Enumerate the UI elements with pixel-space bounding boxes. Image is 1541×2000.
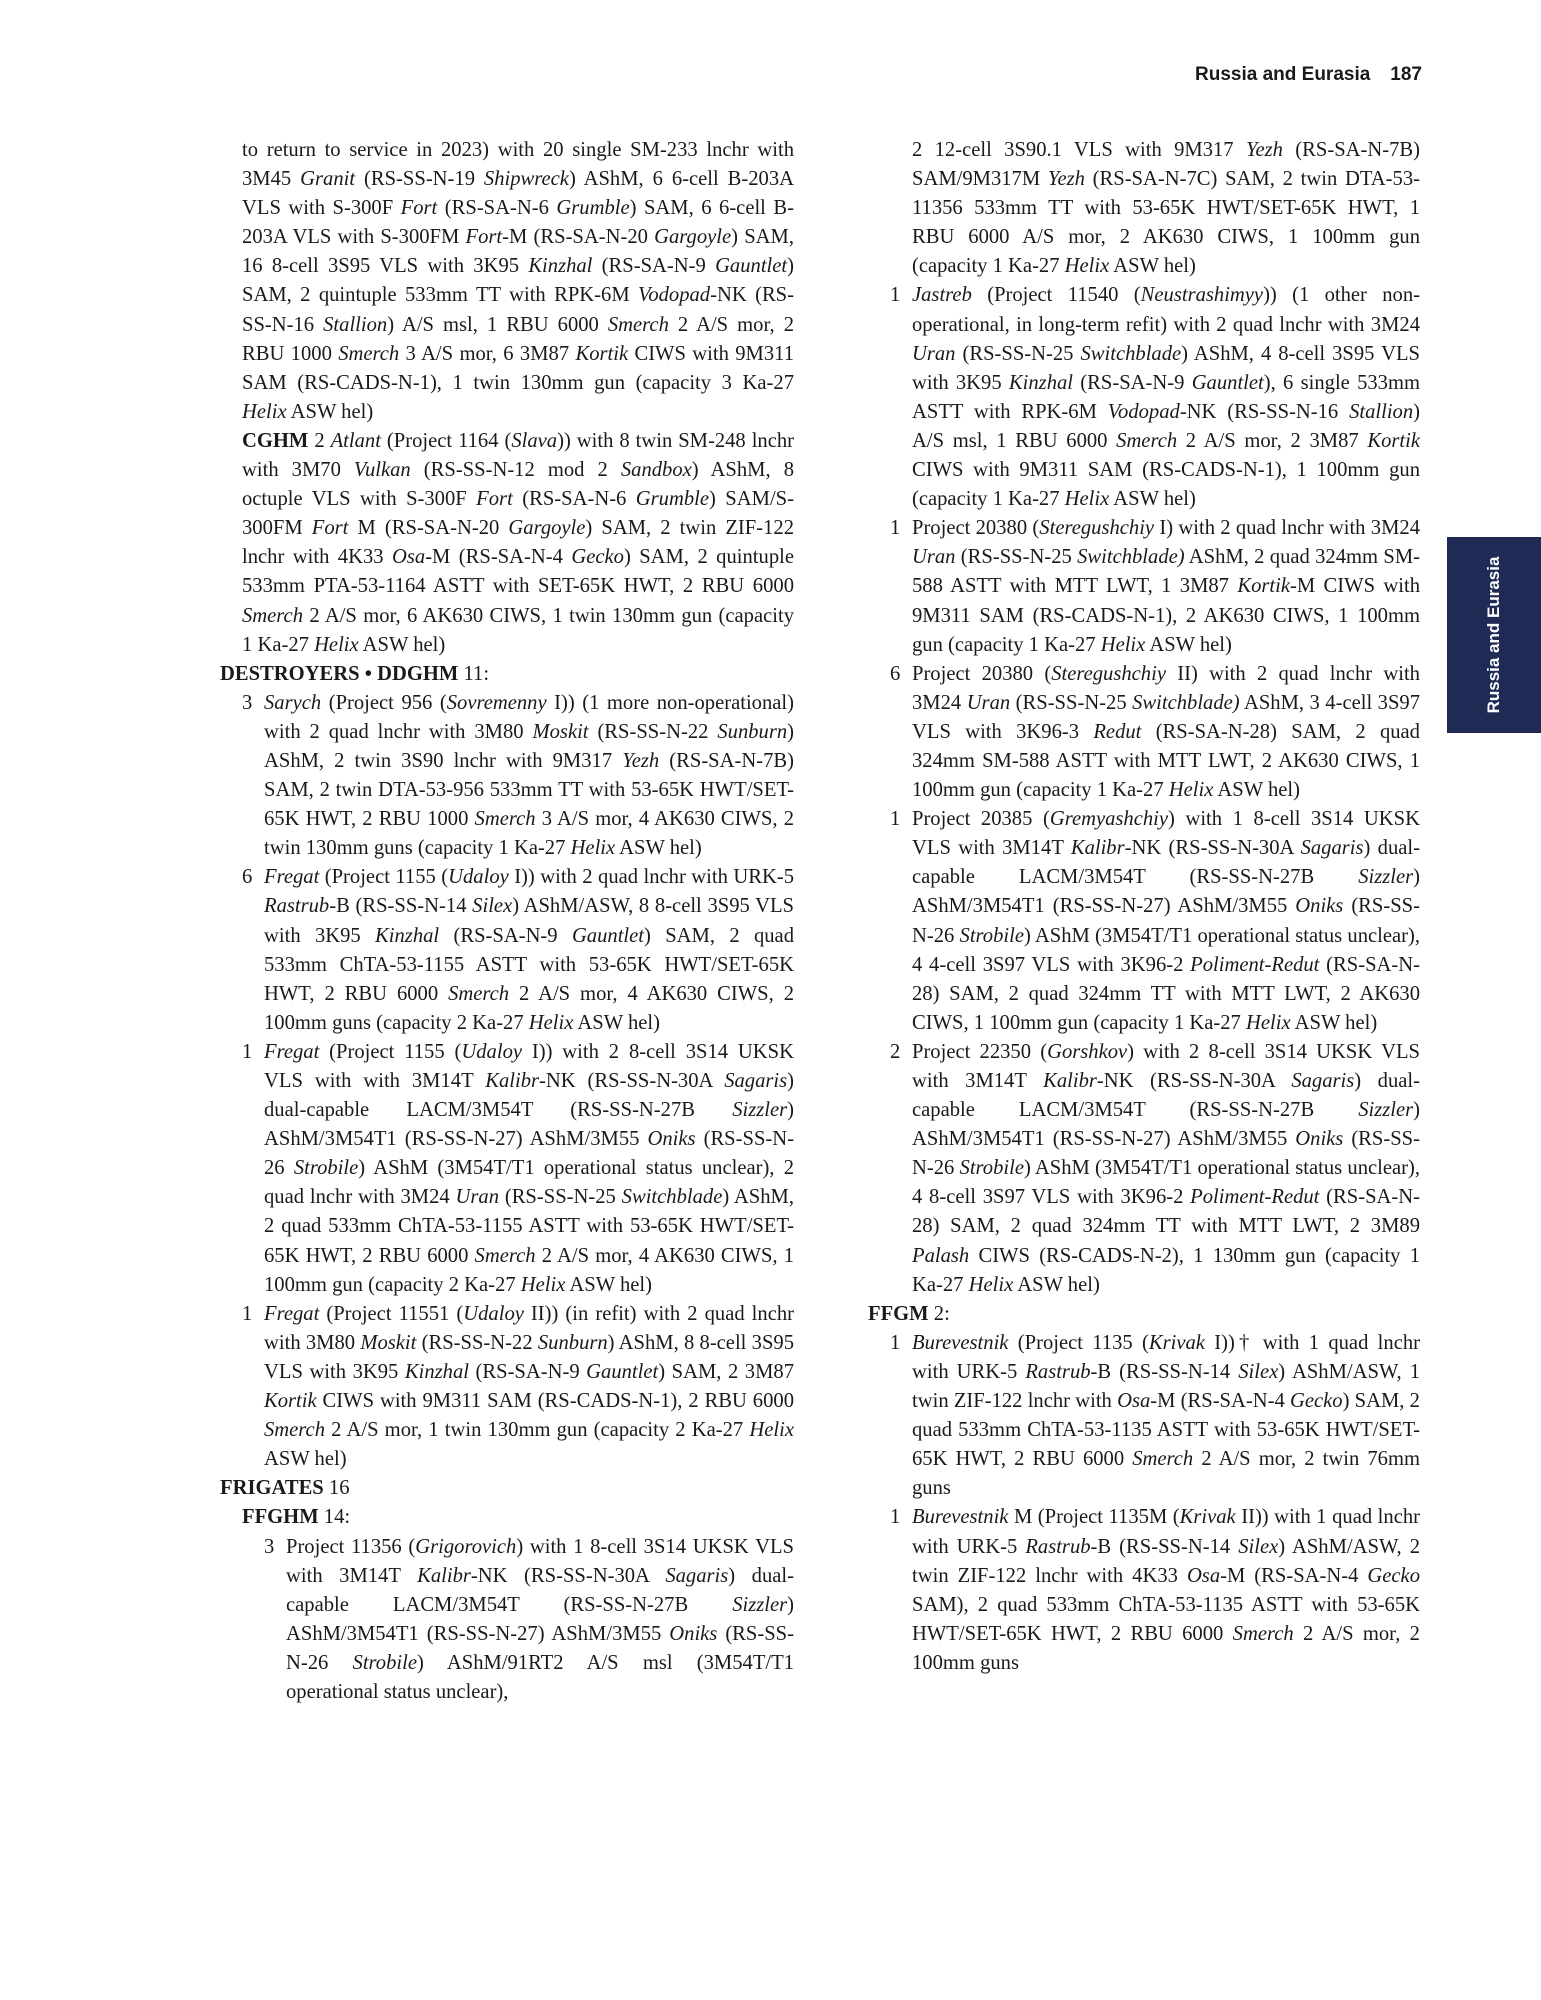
list-item: 3Sarych (Project 956 (Sovremenny I)) (1 … <box>220 689 794 864</box>
cghm-entry: CGHM 2 Atlant (Project 1164 (Slava)) wit… <box>220 427 794 660</box>
list-item: 6Fregat (Project 1155 (Udaloy I)) with 2… <box>220 863 794 1038</box>
page-number: 187 <box>1390 64 1422 86</box>
item-count: 1 <box>890 1503 900 1532</box>
destroyers-heading: DESTROYERS • DDGHM 11: <box>220 660 794 689</box>
item-count: 6 <box>242 863 252 892</box>
item-count: 2 <box>890 1038 900 1067</box>
list-item: 1Project 20380 (Steregushchiy I) with 2 … <box>868 514 1420 659</box>
frigates-heading: FRIGATES 16 <box>220 1474 794 1503</box>
list-item: 2Project 22350 (Gorshkov) with 2 8-cell … <box>868 1038 1420 1300</box>
item-count: 1 <box>890 1329 900 1358</box>
ffghm-list: 1Jastreb (Project 11540 (Neustrashimyy))… <box>868 281 1420 1299</box>
section-title: Russia and Eurasia <box>1195 64 1370 86</box>
continuation-paragraph: 2 12-cell 3S90.1 VLS with 9M317 Yezh (RS… <box>868 136 1420 281</box>
item-count: 1 <box>890 281 900 310</box>
item-count: 1 <box>242 1038 252 1067</box>
list-item: 1Burevestnik M (Project 1135M (Krivak II… <box>868 1503 1420 1678</box>
ffgm-list: 1Burevestnik (Project 1135 (Krivak I))† … <box>868 1329 1420 1678</box>
left-column: to return to service in 2023) with 20 si… <box>220 136 794 1707</box>
item-count: 1 <box>242 1300 252 1329</box>
list-item: 1Project 20385 (Gremyashchiy) with 1 8-c… <box>868 805 1420 1038</box>
item-count: 3 <box>242 689 252 718</box>
section-thumb-tab[interactable]: Russia and Eurasia <box>1447 537 1541 733</box>
list-item: 3Project 11356 (Grigorovich) with 1 8-ce… <box>220 1533 794 1708</box>
list-item: 6Project 20380 (Steregushchiy II) with 2… <box>868 660 1420 805</box>
continuation-paragraph: to return to service in 2023) with 20 si… <box>220 136 794 427</box>
item-count: 1 <box>890 514 900 543</box>
list-item: 1Fregat (Project 11551 (Udaloy II)) (in … <box>220 1300 794 1475</box>
list-item: 1Burevestnik (Project 1135 (Krivak I))† … <box>868 1329 1420 1504</box>
item-count: 6 <box>890 660 900 689</box>
destroyer-list: 3Sarych (Project 956 (Sovremenny I)) (1 … <box>220 689 794 1475</box>
list-item: 1Fregat (Project 1155 (Udaloy I)) with 2… <box>220 1038 794 1300</box>
running-head: Russia and Eurasia 187 <box>1195 64 1422 86</box>
cghm-label: CGHM <box>242 430 308 452</box>
item-count: 1 <box>890 805 900 834</box>
ffghm-heading: FFGHM 14: <box>220 1503 794 1532</box>
section-thumb-label: Russia and Eurasia <box>1484 557 1504 714</box>
right-column: 2 12-cell 3S90.1 VLS with 9M317 Yezh (RS… <box>868 136 1420 1678</box>
list-item: 1Jastreb (Project 11540 (Neustrashimyy))… <box>868 281 1420 514</box>
ffgm-heading: FFGM 2: <box>868 1300 1420 1329</box>
